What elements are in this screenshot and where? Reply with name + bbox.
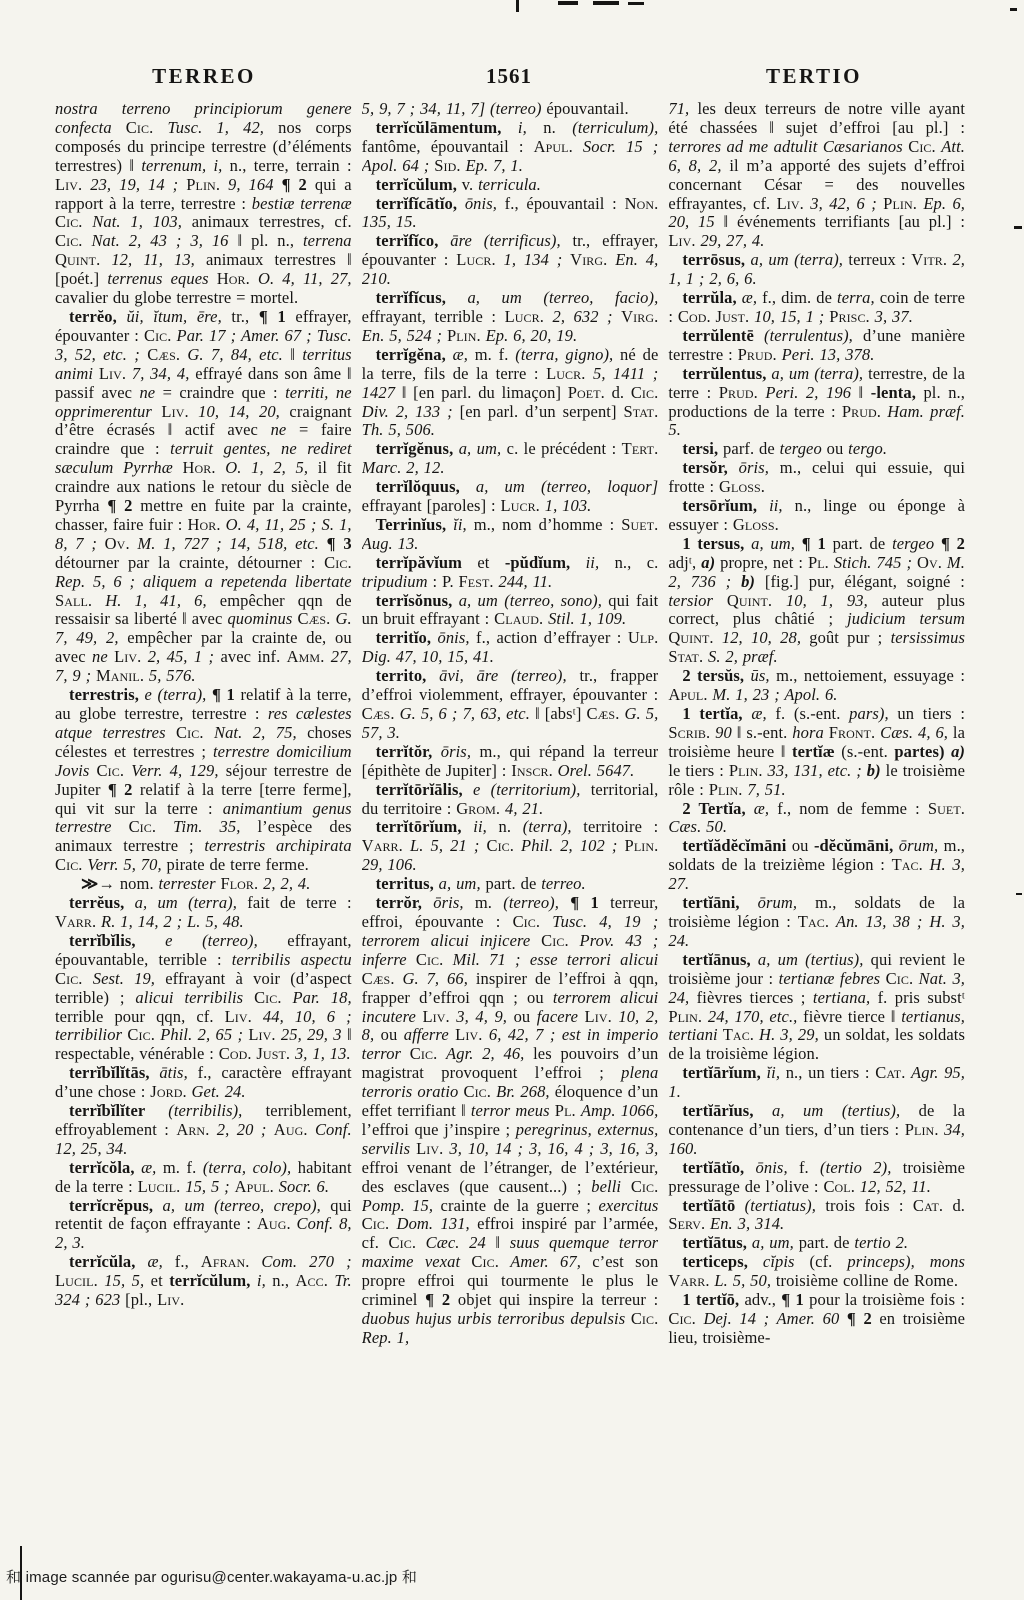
text-run: (terriculum),	[572, 118, 658, 137]
dictionary-paragraph: tertĭātō (tertiatus), trois fois : Cat. …	[668, 1197, 965, 1235]
text-run: Sest. 19,	[93, 969, 166, 988]
text-run: f., épouvantail :	[505, 194, 625, 213]
text-run: Stat.	[668, 647, 708, 666]
text-run: Prisc.	[829, 307, 874, 326]
text-run: Nat. 1, 103,	[92, 212, 191, 231]
text-run: [en parl. d’un serpent]	[460, 402, 624, 421]
text-run: propre, net :	[720, 553, 808, 572]
text-run: a, um,	[751, 534, 802, 553]
text-run: terrĭtōrĭālis,	[376, 780, 473, 799]
text-run: terrŭlentus,	[682, 364, 771, 383]
text-run: M. 1, 727 ; 14, 518, etc.	[137, 534, 326, 553]
text-run: partes)	[894, 742, 951, 761]
text-run: m.	[475, 893, 503, 912]
text-run: Cic.	[631, 1177, 659, 1196]
text-run: Lucil.	[55, 1271, 104, 1290]
dictionary-paragraph: terrĭfĭco, āre (terrificus), tr., effray…	[362, 232, 659, 289]
text-run: Get. 24.	[192, 1082, 246, 1101]
dictionary-paragraph: tertĭădĕcĭmāni ou -dĕcŭmāni, ōrum, m., s…	[668, 837, 965, 894]
text-run: ōris,	[433, 893, 475, 912]
text-run: ne	[139, 383, 162, 402]
text-run: Com. 270 ;	[261, 1252, 351, 1271]
text-run: terrenum, i,	[141, 156, 229, 175]
text-run: : P.	[433, 572, 459, 591]
text-run: Tusc. 1, 42,	[167, 118, 278, 137]
text-run: 3, 37.	[875, 307, 913, 326]
dictionary-paragraph: nostra terreno principiorum genere confe…	[55, 100, 352, 308]
text-run: Amm.	[287, 647, 331, 666]
text-run: terrible pour qqn, cf.	[55, 1007, 225, 1026]
text-run: objet qui inspire la terreur :	[458, 1290, 658, 1309]
text-run: ¶ 1	[802, 534, 833, 553]
text-run: tersōrĭum,	[682, 496, 769, 515]
text-run: ōris,	[739, 458, 780, 477]
text-run: Cic.	[410, 1044, 446, 1063]
text-run: æ,	[754, 799, 777, 818]
text-run: Socr. 6.	[279, 1177, 329, 1196]
text-run: Ov.	[105, 534, 138, 553]
text-run: Vitr.	[911, 250, 952, 269]
text-run: G. 7, 84, etc.	[187, 345, 290, 364]
text-run: Cic.	[126, 118, 168, 137]
text-run: n., c.	[615, 553, 659, 572]
text-run: tergeo	[892, 534, 941, 553]
text-run: e (terreo),	[165, 931, 287, 950]
text-run: Liv.	[55, 175, 90, 194]
text-run: (terreo),	[503, 893, 570, 912]
text-run: b)	[867, 761, 886, 780]
dictionary-paragraph: terrĭfĭcus, a, um (terreo, facio), effra…	[362, 289, 659, 346]
text-run: H. 3, 29,	[759, 1025, 824, 1044]
text-run: Manil.	[96, 666, 149, 685]
text-run: Peri. 13, 378.	[782, 345, 875, 364]
text-run: æ,	[147, 1252, 174, 1271]
dictionary-paragraph: terrĭcŭlum, v. terricula.	[362, 176, 659, 195]
text-run: terrĭtŏr,	[376, 742, 441, 761]
text-run: terreux :	[848, 250, 911, 269]
text-run: 90	[715, 723, 737, 742]
text-run: exercitus	[599, 1196, 659, 1215]
text-run: Cic.	[471, 1252, 510, 1271]
text-run: Cæs.	[362, 969, 403, 988]
text-run: a, um (terra),	[771, 364, 868, 383]
text-run: 1, 103.	[545, 496, 592, 515]
text-run: terreo.	[541, 874, 586, 893]
text-run: ĭi,	[453, 515, 474, 534]
text-run: ‖ [absᵗ]	[535, 704, 587, 723]
text-run: ŭi, ĭtum, ēre,	[126, 307, 231, 326]
text-run: Hor.	[188, 515, 226, 534]
text-run: Plin.	[186, 175, 228, 194]
text-run: æ,	[141, 1158, 163, 1177]
dictionary-paragraph: terrŭlentē (terrulentus), d’une manière …	[668, 327, 965, 365]
text-run: Liv.	[422, 1007, 456, 1026]
text-run: terrŭlentē	[682, 326, 764, 345]
dictionary-paragraph: Terrinĭus, ĭi, m., nom d’homme : Suet. A…	[362, 516, 659, 554]
text-run: Cic.	[55, 969, 93, 988]
text-run: Lucr.	[546, 364, 593, 383]
text-run: Liv.	[114, 647, 148, 666]
dictionary-paragraph: terrŏr, ōris, m. (terreo), ¶ 1 terreur, …	[362, 894, 659, 1348]
text-run: Sall.	[55, 591, 105, 610]
text-run: Cæs.	[587, 704, 625, 723]
text-run: animaux terrestres, cf.	[192, 212, 352, 231]
text-run: Varr.	[362, 836, 410, 855]
text-run: terticeps,	[682, 1252, 763, 1271]
text-run: f. pris substᵗ	[878, 988, 965, 1007]
text-run: Aug.	[257, 1214, 297, 1233]
text-run: Cæs.	[147, 345, 187, 364]
text-run: m., nom d’homme :	[474, 515, 621, 534]
text-run: terrĭbĭlis,	[69, 931, 165, 950]
text-run: terrena	[303, 231, 352, 250]
text-run: ne	[271, 420, 299, 439]
text-run: a, um (terra),	[750, 250, 848, 269]
text-run: tersissimus	[891, 628, 965, 647]
text-run: terrĭcŏla,	[69, 1158, 141, 1177]
text-run: fait de terre :	[247, 893, 351, 912]
text-run: Ep. 7, 1.	[465, 156, 523, 175]
text-run: Cat.	[913, 1196, 953, 1215]
text-run: Nat. 2, 75,	[214, 723, 307, 742]
text-run: n.	[499, 817, 523, 836]
column-1: nostra terreno principiorum genere confe…	[55, 100, 352, 1562]
text-run: ĭi,	[766, 1063, 785, 1082]
scan-artifact	[516, 0, 519, 12]
text-run: d.	[952, 1196, 965, 1215]
text-run: 12, 10, 28,	[722, 628, 809, 647]
dictionary-paragraph: 1 tersus, a, um, ¶ 1 part. de tergeo ¶ 2…	[668, 535, 965, 667]
text-run: d.	[612, 383, 631, 402]
text-run: Poet.	[568, 383, 612, 402]
text-run: Hor.	[217, 269, 258, 288]
text-run: 1 tertĭō,	[682, 1290, 744, 1309]
text-run: pour la troisième fois :	[809, 1290, 965, 1309]
text-run: Flor.	[220, 874, 263, 893]
text-run: Agr. 2, 46,	[446, 1044, 533, 1063]
text-run: Plin.	[625, 836, 659, 855]
text-run: Cic.	[129, 817, 174, 836]
scan-artifact	[593, 1, 619, 5]
text-run: quominus	[227, 609, 297, 628]
text-run: tertĭātus,	[682, 1233, 752, 1252]
text-run: a, um (tertius),	[758, 950, 871, 969]
text-run: (terribilis),	[168, 1101, 265, 1120]
text-run: ¶ 1	[781, 1290, 809, 1309]
text-run: (terra, colo),	[203, 1158, 298, 1177]
text-run: Cic.	[362, 1214, 397, 1233]
text-run: ¶ 2	[425, 1290, 458, 1309]
dictionary-paragraph: tertĭāni, ōrum, m., soldats de la troisi…	[668, 894, 965, 951]
text-run: Hor.	[183, 458, 226, 477]
text-run: a, um (tertius),	[772, 1101, 919, 1120]
text-run: terrĭbĭlĭtās,	[69, 1063, 159, 1082]
text-run: terrōsus,	[682, 250, 750, 269]
text-run: 12, 11, 13,	[111, 250, 206, 269]
text-run: -dĕcŭmāni,	[814, 836, 899, 855]
text-run: part. de	[833, 534, 893, 553]
text-run: Aug. 13.	[362, 534, 419, 553]
text-run: terror meus	[471, 1101, 555, 1120]
text-run: Prud.	[719, 383, 766, 402]
text-run: Cic.	[416, 950, 453, 969]
text-run: Cic.	[55, 231, 91, 250]
text-run: 29, 106.	[362, 855, 417, 874]
text-run: (terra),	[523, 817, 584, 836]
text-run: Cic.	[55, 212, 92, 231]
text-run: Marc. 2, 12.	[362, 458, 445, 477]
text-run: Br. 268,	[496, 1082, 555, 1101]
text-run: tertĭæ	[792, 742, 841, 761]
text-run: (cf.	[810, 1252, 848, 1271]
text-run: Dom. 131,	[397, 1214, 478, 1233]
text-run: cĭpis	[763, 1252, 810, 1271]
text-run: princeps), mons	[847, 1252, 965, 1271]
text-run: b)	[741, 572, 765, 591]
text-run: un tiers :	[897, 704, 965, 723]
text-run: ūs,	[751, 666, 777, 685]
text-run: Cic.	[324, 553, 352, 572]
text-run: goût pur ;	[809, 628, 890, 647]
text-run: pars),	[849, 704, 897, 723]
text-run: 15, 5 ;	[185, 1177, 234, 1196]
text-run: Stat.	[624, 402, 659, 421]
text-run: (tertiatus),	[745, 1196, 826, 1215]
dictionary-paragraph: terrĭtŏr, ōris, m., qui répand la terreu…	[362, 743, 659, 781]
text-run: (terra, gigno),	[515, 345, 620, 364]
text-run: fièvres tierces ;	[697, 988, 813, 1007]
dictionary-paragraph: tersi, parf. de tergeo ou tergo.	[668, 440, 965, 459]
text-run: f.	[799, 1158, 820, 1177]
text-run: territo,	[376, 666, 439, 685]
text-run: Scrib.	[668, 723, 715, 742]
text-run: S. 2, præf.	[708, 647, 778, 666]
text-run: 1 tersus,	[682, 534, 751, 553]
text-run: a, um (terreo, facio),	[467, 288, 658, 307]
text-run: Cic.	[176, 723, 214, 742]
text-run: Arn.	[176, 1120, 216, 1139]
text-run: terrenus eques	[107, 269, 216, 288]
dictionary-paragraph: terrĭtōrĭālis, e (territorium), territor…	[362, 781, 659, 819]
text-run: tersŏr,	[682, 458, 738, 477]
text-columns: nostra terreno principiorum genere confe…	[55, 100, 965, 1562]
text-run: adv.,	[745, 1290, 782, 1309]
text-run: ‖ s.-ent.	[737, 723, 793, 742]
text-run: Quint.	[727, 591, 786, 610]
text-run: terrĭcŭlum,	[169, 1271, 257, 1290]
text-run: ou	[381, 1025, 404, 1044]
text-run: terrĭfĭcātĭo,	[376, 194, 465, 213]
text-run: Plin.	[905, 1120, 944, 1139]
text-run: Pl.	[808, 553, 834, 572]
dictionary-paragraph: 1 tertĭa, æ, f. (s.-ent. pars), un tiers…	[668, 705, 965, 800]
text-run: Cic.	[513, 912, 553, 931]
scan-artifact	[628, 2, 644, 5]
text-run: ‖ [en parl. du limaçon]	[402, 383, 568, 402]
text-run: 2 tersŭs,	[682, 666, 750, 685]
text-run: -lenta,	[871, 383, 924, 402]
text-run: f.,	[175, 1252, 201, 1271]
text-run: belli	[591, 1177, 631, 1196]
text-run: fièvre tierce ‖	[803, 1007, 901, 1026]
text-run: a)	[951, 742, 965, 761]
text-run: c. le précédent :	[507, 439, 622, 458]
text-run: Terrinĭus,	[376, 515, 454, 534]
text-run: facere	[537, 1007, 585, 1026]
text-run: terrĕo,	[69, 307, 126, 326]
text-run: Cic.	[631, 383, 659, 402]
text-run: Cic.	[908, 137, 941, 156]
text-run: ¶ 2	[282, 175, 315, 194]
dictionary-paragraph: 71, les deux terreurs de notre ville aya…	[668, 100, 965, 251]
dictionary-paragraph: terrĭcŏla, æ, m. f. (terra, colo), habit…	[55, 1159, 352, 1197]
text-run: Virg.	[621, 307, 658, 326]
text-run: ii,	[769, 496, 795, 515]
text-run: G. 7, 66,	[402, 969, 475, 988]
text-run: Liv.	[416, 1139, 449, 1158]
text-run: Cic.	[55, 855, 87, 874]
text-run: Cic.	[541, 931, 579, 950]
text-run: adjᵗ,	[668, 553, 701, 572]
text-run: 2 Tertĭa,	[682, 799, 753, 818]
text-run: ōrum,	[758, 893, 816, 912]
text-run: Cic.	[144, 326, 177, 345]
text-run: 3, 10, 14 ; 3, 16, 4 ; 3, 16, 3,	[449, 1139, 658, 1158]
text-run: ii,	[473, 817, 498, 836]
text-run: En. 5, 524 ;	[362, 326, 447, 345]
text-run: Pomp. 15,	[362, 1196, 441, 1215]
text-run: Lucil.	[138, 1177, 186, 1196]
text-run: 10, 15, 1 ;	[754, 307, 829, 326]
text-run: 2, 20 ;	[217, 1120, 274, 1139]
text-run: effrayant [paroles] :	[362, 496, 501, 515]
text-run: fantôme, épouvantail :	[362, 137, 534, 156]
text-run: parf. de	[723, 439, 780, 458]
text-run: ou	[827, 439, 849, 458]
scan-artifact	[1010, 8, 1017, 11]
text-run: Lucr.	[456, 250, 503, 269]
text-run: 2, 2, 4.	[263, 874, 310, 893]
text-run: 2, 632 ;	[552, 307, 621, 326]
text-run: O. 1, 2, 5,	[225, 458, 317, 477]
text-run: terrĭcŭlum,	[376, 175, 462, 194]
text-run: terra,	[837, 288, 880, 307]
dictionary-paragraph: terrĭcŭlāmentum, i, n. (terriculum), fan…	[362, 119, 659, 176]
dictionary-paragraph: tertĭātĭo, ōnis, f. (tertio 2), troisièm…	[668, 1159, 965, 1197]
text-run: ou	[792, 836, 814, 855]
text-run: terrĭcŭlāmentum,	[376, 118, 518, 137]
text-run: Ep. 6, 20, 19.	[486, 326, 578, 345]
text-run: ōris,	[441, 742, 480, 761]
text-run: tertĭātĭo,	[682, 1158, 755, 1177]
text-run: ¶ 1	[259, 307, 296, 326]
text-run: ‖	[495, 1233, 509, 1252]
text-run: Varr.	[55, 912, 101, 931]
text-run: R. 1, 14, 2 ; L. 5, 48.	[101, 912, 244, 931]
text-run: G. 5, 6 ; 7, 63, etc.	[400, 704, 535, 723]
dictionary-paragraph: 2 Tertĭa, æ, f., nom de femme : Suet. Cæ…	[668, 800, 965, 838]
text-run: 5, 9, 7 ; 34, 11, 7] (terreo)	[362, 100, 547, 118]
text-run: ‖ événements terrifiants [au pl.] :	[723, 212, 965, 231]
dictionary-paragraph: terrestris, e (terra), ¶ 1 relatif à la …	[55, 686, 352, 875]
text-run: Cæs. 4, 6,	[880, 723, 953, 742]
text-run: tertĭārĭum,	[682, 1063, 766, 1082]
text-run: ōnis,	[756, 1158, 799, 1177]
text-run: (s.-ent.	[841, 742, 894, 761]
text-run: Cic.	[389, 1233, 426, 1252]
text-run: 25, 29, 3	[281, 1025, 347, 1044]
text-run: Cic.	[254, 988, 292, 1007]
dictionary-paragraph: terrĭgĕna, æ, m. f. (terra, gigno), né d…	[362, 346, 659, 441]
text-run: territus,	[376, 874, 439, 893]
text-run: terrestris archipirata	[204, 836, 351, 855]
text-run: tertĭădĕcĭmāni	[682, 836, 791, 855]
text-run: tertianæ febres	[779, 969, 886, 988]
dictionary-paragraph: tertĭārĭus, a, um (tertius), de la conte…	[668, 1102, 965, 1159]
dictionary-paragraph: 1 tertĭō, adv., ¶ 1 pour la troisième fo…	[668, 1291, 965, 1348]
text-run: bestiæ terrenæ	[252, 194, 352, 213]
text-run: terrĭgĕnus,	[376, 439, 459, 458]
text-run: terrester	[159, 874, 221, 893]
text-run: Cod. Just.	[678, 307, 754, 326]
text-run: terrĭlŏquus,	[376, 477, 476, 496]
text-run: 1 tertĭa,	[682, 704, 751, 723]
text-run: æ,	[453, 345, 475, 364]
dictionary-paragraph: terrĕo, ŭi, ĭtum, ēre, tr., ¶ 1 effrayer…	[55, 308, 352, 686]
dictionary-paragraph: terrĭtōrĭum, ii, n. (terra), territoire …	[362, 818, 659, 875]
text-run: tergeo	[780, 439, 827, 458]
text-run: 12, 52, 11.	[860, 1177, 931, 1196]
dictionary-paragraph: terrĭcŭla, æ, f., Afran. Com. 270 ; Luci…	[55, 1253, 352, 1310]
text-run: Cic.	[486, 836, 521, 855]
text-run: Aug.	[274, 1120, 315, 1139]
dictionary-paragraph: terrŭla, æ, f., dim. de terra, coin de t…	[668, 289, 965, 327]
text-run: Verr. 4, 129,	[131, 761, 226, 780]
dictionary-paragraph: tersŏr, ōris, m., celui qui essuie, qui …	[668, 459, 965, 497]
text-run: Ov.	[917, 553, 947, 572]
text-run: Tac.	[723, 1025, 759, 1044]
text-run: a, um,	[439, 874, 486, 893]
text-run: Stich. 745 ;	[834, 553, 917, 572]
text-run: Liv.	[585, 1007, 619, 1026]
text-run: le tiers :	[668, 761, 728, 780]
text-run: i,	[257, 1271, 272, 1290]
text-run: Dig. 47, 10, 15, 41.	[362, 647, 494, 666]
text-run: 3, 4, 9,	[456, 1007, 513, 1026]
text-run: a, um (terreo, crepo),	[162, 1196, 330, 1215]
text-run: Cic.	[668, 1309, 703, 1328]
text-run: Pl.	[555, 1101, 581, 1120]
text-run: Fest.	[459, 572, 499, 591]
text-run: terrĭpăvĭum	[376, 553, 478, 572]
dictionary-paragraph: terrĭlŏquus, a, um (terreo, loquor] effr…	[362, 478, 659, 516]
text-run: ¶ 2	[107, 496, 140, 515]
text-run: tertio 2.	[854, 1233, 908, 1252]
text-run: a)	[701, 553, 720, 572]
text-run: Phil. 2, 102 ;	[521, 836, 625, 855]
text-run: épouvantail.	[546, 100, 628, 118]
text-run: part. de	[799, 1233, 855, 1252]
text-run: 71,	[668, 100, 697, 118]
text-run: Sid.	[434, 156, 465, 175]
text-run: Apul.	[235, 1177, 279, 1196]
dictionary-paragraph: tersōrĭum, ii, n., linge ou éponge à ess…	[668, 497, 965, 535]
dictionary-paragraph: terticeps, cĭpis (cf. princeps), mons Va…	[668, 1253, 965, 1291]
text-run: 15, 5,	[104, 1271, 150, 1290]
text-run: ≫→	[81, 874, 120, 893]
text-run: Virg.	[570, 250, 615, 269]
text-run: terrŭla,	[682, 288, 741, 307]
